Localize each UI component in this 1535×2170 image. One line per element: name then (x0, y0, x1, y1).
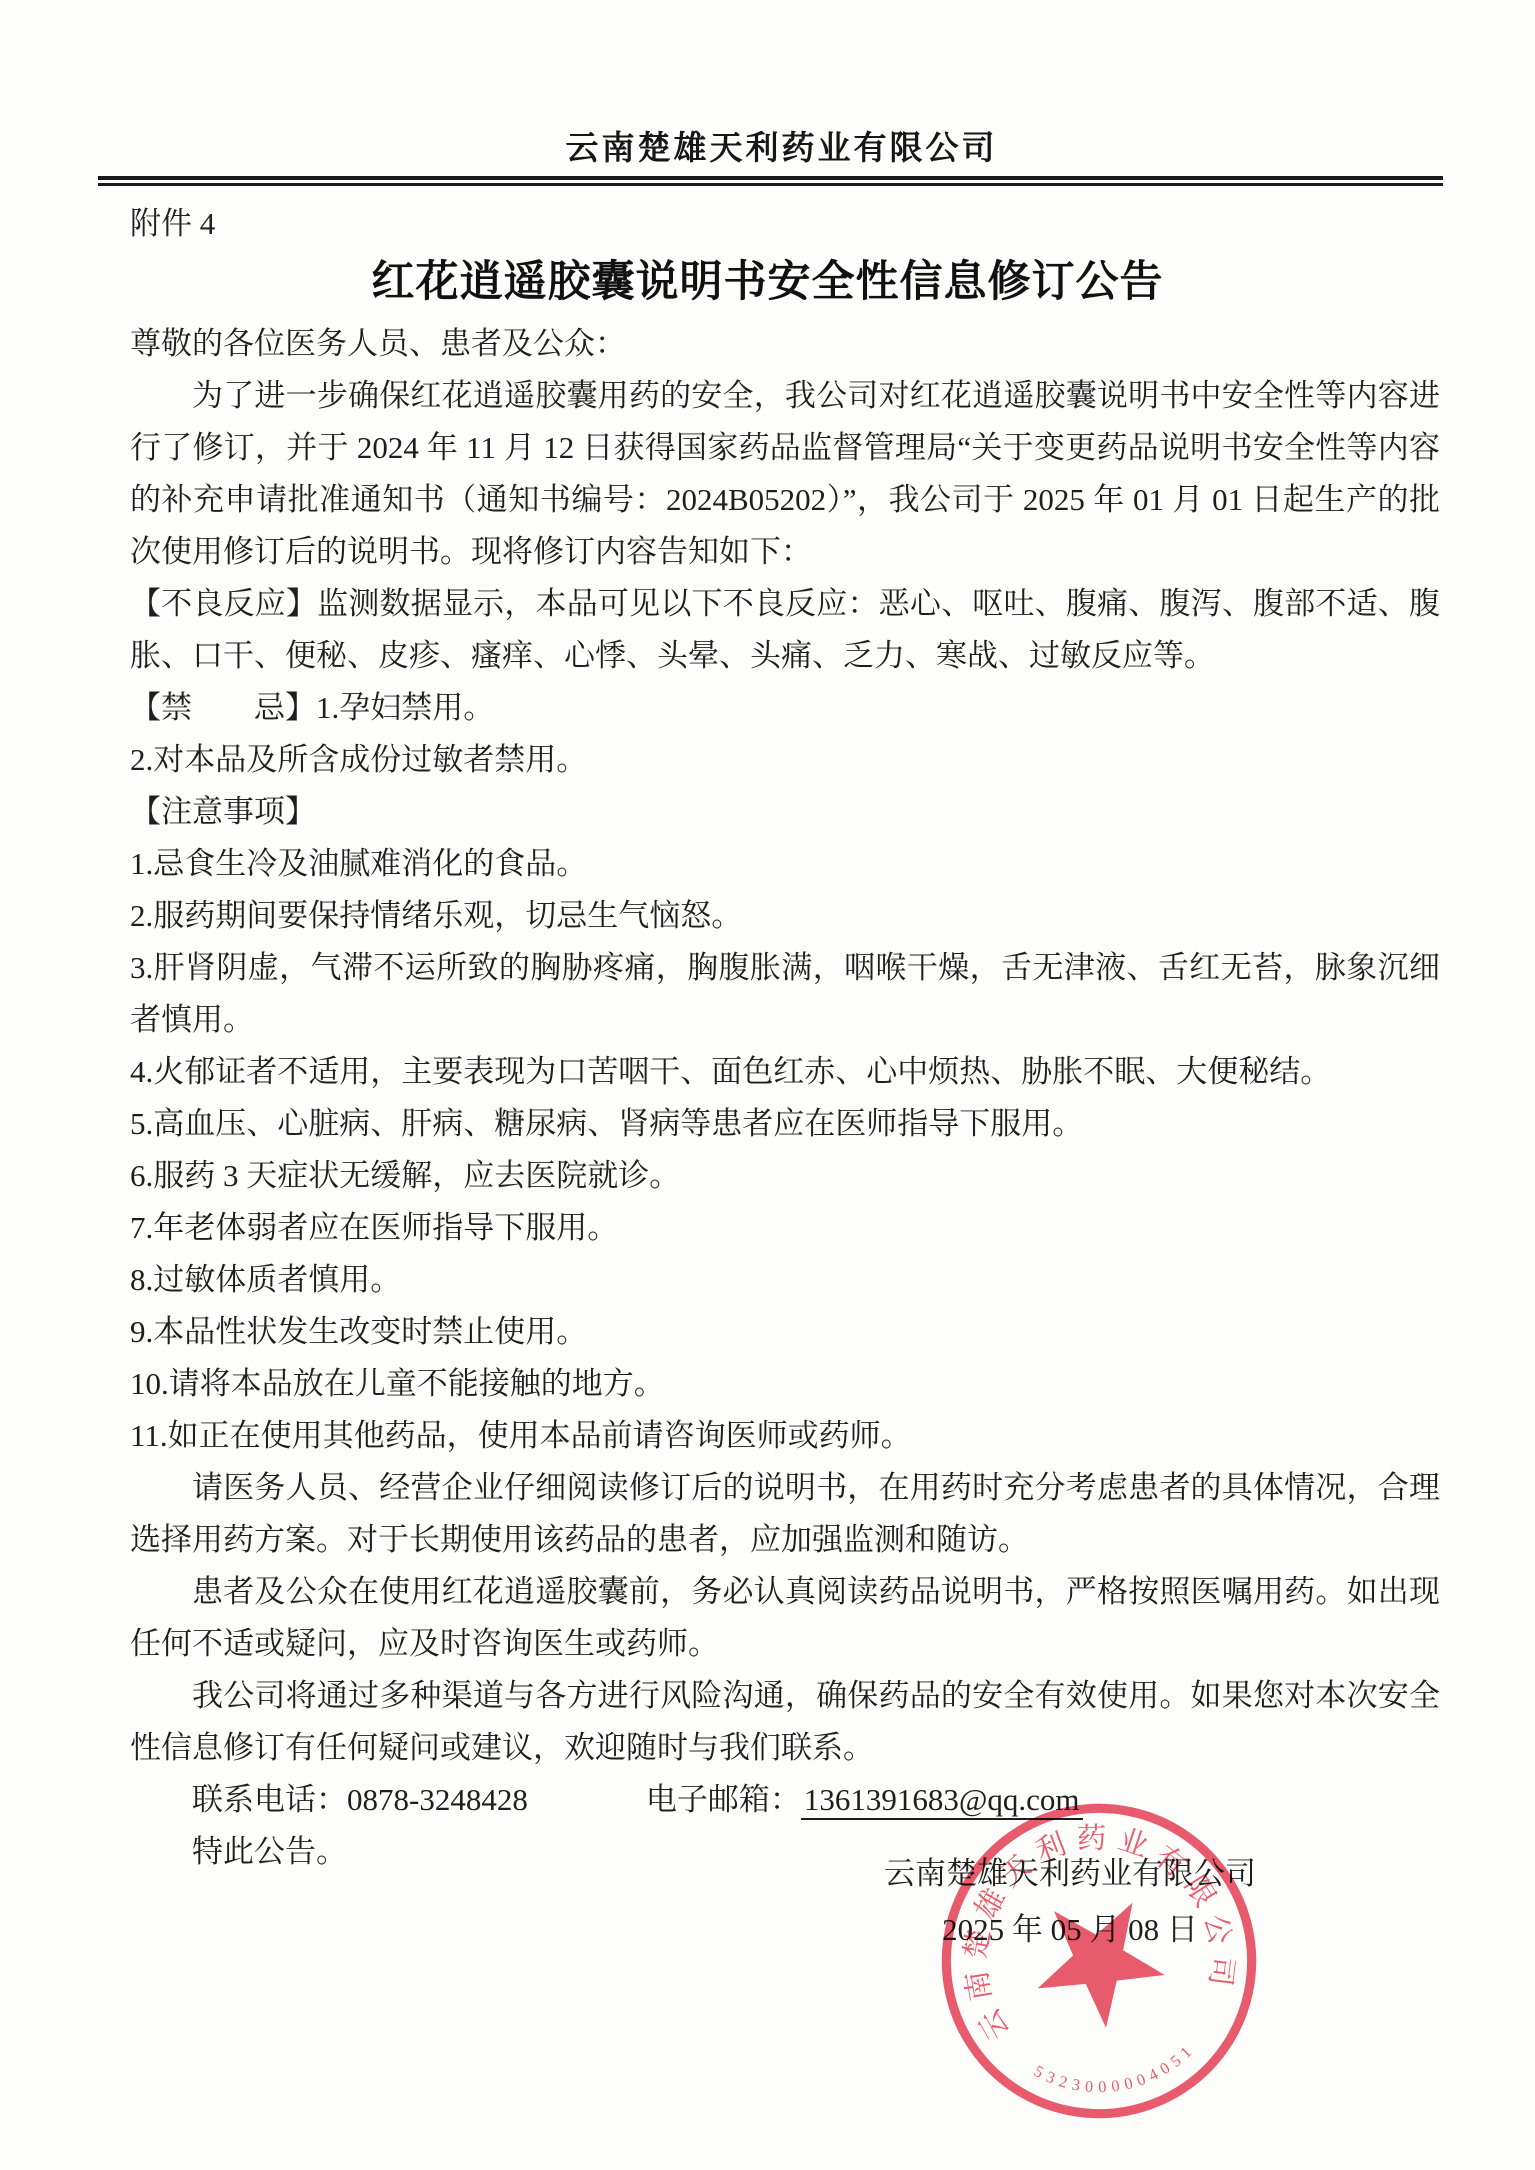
precaution-item: 7.年老体弱者应在医师指导下服用。 (130, 1202, 1440, 1254)
closing-paragraph: 请医务人员、经营企业仔细阅读修订后的说明书，在用药时充分考虑患者的具体情况，合理… (130, 1462, 1440, 1566)
contact-line: 联系电话：0878-3248428电子邮箱：1361391683@qq.com (130, 1774, 1440, 1826)
closing-paragraph: 患者及公众在使用红花逍遥胶囊前，务必认真阅读药品说明书，严格按照医嘱用药。如出现… (130, 1566, 1440, 1670)
letterhead-divider (98, 176, 1443, 186)
precaution-item: 3.肝肾阴虚，气滞不运所致的胸胁疼痛，胸腹胀满，咽喉干燥，舌无津液、舌红无苔，脉… (130, 942, 1440, 1046)
precaution-item: 1.忌食生冷及油腻难消化的食品。 (130, 838, 1440, 890)
email-label: 电子邮箱： (646, 1782, 801, 1817)
precautions-heading: 【注意事项】 (130, 786, 1440, 838)
contraindication-line-2: 2.对本品及所含成份过敏者禁用。 (130, 734, 1440, 786)
adverse-reactions-paragraph: 【不良反应】监测数据显示，本品可见以下不良反应：恶心、呕吐、腹痛、腹泻、腹部不适… (130, 578, 1440, 682)
attachment-label: 附件 4 (130, 198, 215, 243)
document-body: 尊敬的各位医务人员、患者及公众： 为了进一步确保红花逍遥胶囊用药的安全，我公司对… (130, 318, 1440, 1878)
letterhead-company-name: 云南楚雄天利药业有限公司 (0, 122, 1535, 169)
email-link[interactable]: 1361391683@qq.com (801, 1782, 1083, 1820)
precaution-item: 5.高血压、心脏病、肝病、糖尿病、肾病等患者应在医师指导下服用。 (130, 1098, 1440, 1150)
signature-company: 云南楚雄天利药业有限公司 (860, 1846, 1280, 1902)
precaution-item: 10.请将本品放在儿童不能接触的地方。 (130, 1358, 1440, 1410)
precaution-item: 4.火郁证者不适用，主要表现为口苦咽干、面色红赤、心中烦热、胁胀不眠、大便秘结。 (130, 1046, 1440, 1098)
phone-label: 联系电话： (192, 1782, 347, 1817)
scanned-announcement-page: 云南楚雄天利药业有限公司 附件 4 红花逍遥胶囊说明书安全性信息修订公告 尊敬的… (0, 0, 1535, 2170)
contraindication-line-1: 【禁 忌】1.孕妇禁用。 (130, 682, 1440, 734)
precaution-item: 9.本品性状发生改变时禁止使用。 (130, 1306, 1440, 1358)
signature-date: 2025 年 05 月 08 日 (860, 1902, 1280, 1958)
page-title: 红花逍遥胶囊说明书安全性信息修订公告 (0, 248, 1535, 309)
precaution-item: 8.过敏体质者慎用。 (130, 1254, 1440, 1306)
svg-text:5323000004051: 5323000004051 (1028, 2034, 1204, 2110)
precaution-item: 6.服药 3 天症状无缓解，应去医院就诊。 (130, 1150, 1440, 1202)
precaution-item: 11.如正在使用其他药品，使用本品前请咨询医师或药师。 (130, 1410, 1440, 1462)
closing-paragraph: 我公司将通过多种渠道与各方进行风险沟通，确保药品的安全有效使用。如果您对本次安全… (130, 1670, 1440, 1774)
precaution-item: 2.服药期间要保持情绪乐观，切忌生气恼怒。 (130, 890, 1440, 942)
phone-number: 0878-3248428 (347, 1782, 528, 1817)
signature-block: 云南楚雄天利药业有限公司 2025 年 05 月 08 日 (860, 1846, 1280, 1958)
greeting-line: 尊敬的各位医务人员、患者及公众： (130, 318, 1440, 370)
seal-serial-number: 5323000004051 (1028, 2034, 1204, 2110)
intro-paragraph: 为了进一步确保红花逍遥胶囊用药的安全，我公司对红花逍遥胶囊说明书中安全性等内容进… (130, 370, 1440, 578)
